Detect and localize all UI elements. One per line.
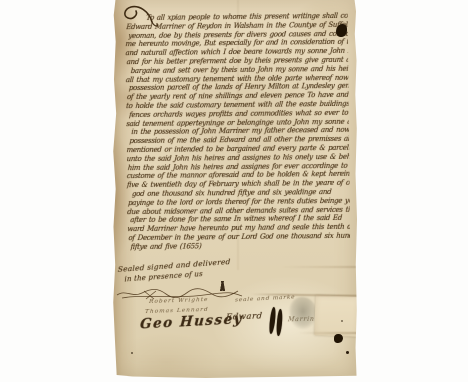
parchment-sheet: To all xpian people to whome this presen…: [113, 0, 357, 378]
ink-mark: [219, 281, 226, 291]
paper-crease: [298, 332, 358, 334]
paper-crease: [281, 266, 357, 268]
manuscript-line: fiftye and five (1655): [130, 241, 350, 252]
wax-seal-impression-icon: [289, 297, 317, 329]
attestation-docket: Sealed signed and delivered in the prese…: [117, 257, 231, 285]
ink-speck: [131, 352, 133, 354]
manuscript-photo: To all xpian people to whome this presen…: [0, 0, 468, 382]
grantor-first-name: Edward: [226, 311, 263, 322]
vertical-fold: [237, 0, 239, 270]
paper-seal-patch: [314, 295, 358, 336]
ink-speck: [346, 351, 349, 354]
witness-signature: Robert Wrighte: [149, 297, 209, 305]
grantor-mark-icon: [268, 306, 286, 336]
ink-speck: [341, 320, 343, 322]
ink-blot: [334, 334, 343, 343]
